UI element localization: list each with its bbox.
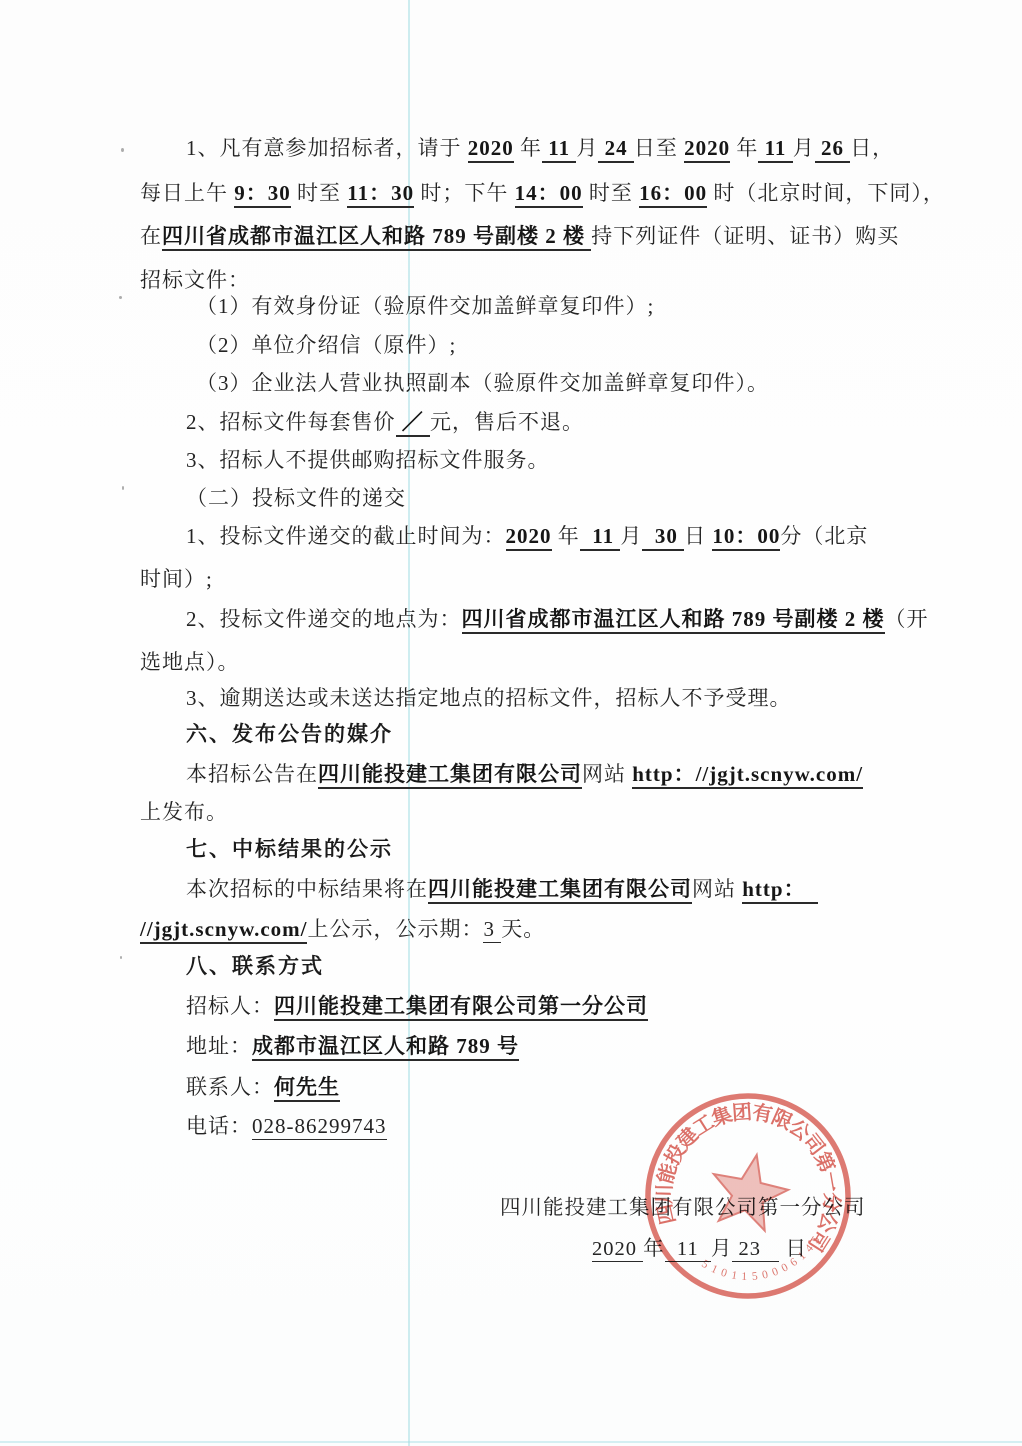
doc-line-24: 地址：成都市温江区人和路 789 号: [140, 1031, 519, 1061]
text-segment: 14：00: [515, 181, 583, 208]
text-segment: 本招标公告在: [186, 762, 318, 786]
text-segment: 时至: [583, 181, 640, 205]
doc-line-1: 1、凡有意参加招标者，请于 2020 年 11 月 24 日至 2020 年 1…: [140, 133, 894, 163]
text-segment: 四川能投建工集团有限公司第一分公司: [274, 994, 648, 1021]
text-segment: 11: [758, 136, 792, 163]
text-segment: 四川能投建工集团有限公司: [428, 877, 692, 904]
text-segment: 2、招标文件每套售价: [186, 410, 396, 434]
text-segment: 30: [642, 524, 684, 551]
text-segment: 月: [620, 524, 642, 548]
scan-artifact-bottom-line: [0, 1441, 1022, 1443]
text-segment: 日，: [850, 136, 894, 160]
doc-line-22: 八、联系方式: [140, 952, 324, 982]
doc-line-7: （3）企业法人营业执照副本（验原件交加盖鲜章复印件）。: [140, 368, 769, 398]
text-segment: 24: [598, 136, 634, 163]
doc-line-8: 2、招标文件每套售价 ／ 元，售后不退。: [140, 407, 584, 437]
text-segment: 9：30: [234, 181, 291, 208]
doc-line-12: 时间）;: [140, 564, 213, 594]
text-segment: （2）单位介绍信（原件）;: [196, 333, 456, 357]
text-segment: 时；下午: [414, 181, 515, 205]
doc-line-9: 3、招标人不提供邮购招标文件服务。: [140, 445, 550, 475]
scanned-page: 1、凡有意参加招标者，请于 2020 年 11 月 24 日至 2020 年 1…: [0, 0, 1022, 1446]
doc-line-26: 电话：028-86299743: [140, 1111, 387, 1141]
text-segment: 本次招标的中标结果将在: [186, 877, 428, 901]
text-segment: 2020: [684, 136, 730, 163]
text-segment: http：//jgjt.scnyw.com/: [632, 762, 863, 789]
text-segment: 时至: [291, 181, 348, 205]
text-segment: 1、凡有意参加招标者，请于: [186, 136, 468, 160]
scan-speck: [120, 956, 122, 959]
text-segment: 月: [793, 136, 815, 160]
star-icon: [704, 1147, 793, 1234]
text-segment: 在: [140, 224, 162, 248]
text-segment: 四川能投建工集团有限公司: [318, 762, 582, 789]
text-segment: 2、投标文件递交的地点为：: [186, 607, 462, 631]
text-segment: 天。: [501, 917, 545, 941]
text-segment: 10：00: [712, 524, 780, 551]
text-segment: 六、发布公告的媒介: [186, 723, 393, 746]
scan-speck: [121, 148, 124, 152]
scan-speck: [119, 296, 122, 299]
text-segment: 四川省成都市温江区人和路 789 号副楼 2 楼: [462, 607, 885, 634]
text-segment: 3、招标人不提供邮购招标文件服务。: [186, 448, 550, 472]
text-segment: 26: [815, 136, 851, 163]
doc-line-5: （1）有效身份证（验原件交加盖鲜章复印件）;: [140, 291, 654, 321]
text-segment: 持下列证件（证明、证书）购买: [591, 224, 899, 248]
text-segment: 11：30: [347, 181, 414, 208]
doc-line-6: （2）单位介绍信（原件）;: [140, 330, 456, 360]
text-segment: 招标人：: [186, 994, 274, 1018]
doc-line-2: 每日上午 9：30 时至 11：30 时；下午 14：00 时至 16：00 时…: [140, 178, 945, 208]
text-segment: 年: [552, 524, 580, 548]
text-segment: 年: [730, 136, 758, 160]
text-segment: 每日上午: [140, 181, 234, 205]
text-segment: 月: [576, 136, 598, 160]
text-segment: 时间）;: [140, 567, 213, 591]
doc-line-14: 选地点）。: [140, 647, 240, 677]
text-segment: 16：00: [639, 181, 707, 208]
text-segment: 11: [580, 524, 621, 551]
text-segment: 网站: [692, 877, 742, 901]
text-segment: 招标文件：: [140, 268, 250, 292]
text-segment: 七、中标结果的公示: [186, 838, 393, 861]
doc-line-25: 联系人：何先生: [140, 1072, 340, 1102]
text-segment: 日至: [634, 136, 684, 160]
text-segment: 2020: [468, 136, 514, 163]
text-segment: 成都市温江区人和路 789 号: [252, 1034, 519, 1061]
text-segment: 元，售后不退。: [430, 410, 584, 434]
doc-line-19: 七、中标结果的公示: [140, 835, 393, 865]
doc-line-15: 3、逾期送达或未送达指定地点的招标文件，招标人不予受理。: [140, 683, 792, 713]
text-segment: ／: [396, 410, 431, 437]
text-segment: 年: [514, 136, 542, 160]
scan-artifact-vertical-line: [408, 0, 410, 1446]
text-segment: 联系人：: [186, 1075, 274, 1099]
text-segment: 11: [542, 136, 576, 163]
text-segment: 分（北京: [780, 524, 868, 548]
text-segment: 网站: [582, 762, 632, 786]
scan-speck: [122, 486, 124, 490]
company-seal: 四川能投建工集团有限公司第一分公司 5101150006145: [632, 1080, 864, 1312]
text-segment: 电话：: [186, 1114, 252, 1138]
text-segment: 四川省成都市温江区人和路 789 号副楼 2 楼: [162, 224, 591, 251]
doc-line-18: 上发布。: [140, 797, 228, 827]
text-segment: 日: [684, 524, 712, 548]
doc-line-16: 六、发布公告的媒介: [140, 720, 393, 750]
text-segment: 地址：: [186, 1034, 252, 1058]
text-segment: 3: [483, 917, 501, 943]
text-segment: 上公示，公示期：: [307, 917, 483, 941]
text-segment: 选地点）。: [140, 650, 240, 674]
doc-line-17: 本招标公告在四川能投建工集团有限公司网站 http：//jgjt.scnyw.c…: [140, 759, 863, 789]
text-segment: 时（北京时间，下同），: [707, 181, 945, 205]
doc-line-20: 本次招标的中标结果将在四川能投建工集团有限公司网站 http：: [140, 874, 818, 904]
text-segment: 何先生: [274, 1075, 340, 1102]
text-segment: 1、投标文件递交的截止时间为：: [186, 524, 506, 548]
text-segment: //jgjt.scnyw.com/: [140, 917, 307, 944]
doc-line-13: 2、投标文件递交的地点为：四川省成都市温江区人和路 789 号副楼 2 楼（开: [140, 604, 929, 634]
text-segment: 3、逾期送达或未送达指定地点的招标文件，招标人不予受理。: [186, 686, 792, 710]
text-segment: 八、联系方式: [186, 955, 324, 978]
doc-line-23: 招标人：四川能投建工集团有限公司第一分公司: [140, 991, 648, 1021]
text-segment: （开: [885, 607, 929, 631]
text-segment: 2020: [506, 524, 552, 551]
text-segment: 028-86299743: [252, 1114, 387, 1140]
doc-line-11: 1、投标文件递交的截止时间为：2020 年 11 月 30 日 10：00分（北…: [140, 521, 868, 551]
text-segment: （1）有效身份证（验原件交加盖鲜章复印件）;: [196, 294, 654, 318]
text-segment: http：: [742, 877, 818, 904]
doc-line-10: （二）投标文件的递交: [140, 483, 406, 513]
text-segment: （3）企业法人营业执照副本（验原件交加盖鲜章复印件）。: [196, 371, 769, 395]
text-segment: 上发布。: [140, 800, 228, 824]
text-segment: （二）投标文件的递交: [186, 486, 406, 510]
doc-line-3: 在四川省成都市温江区人和路 789 号副楼 2 楼 持下列证件（证明、证书）购买: [140, 221, 899, 251]
doc-line-21: //jgjt.scnyw.com/上公示，公示期：3 天。: [140, 914, 545, 944]
